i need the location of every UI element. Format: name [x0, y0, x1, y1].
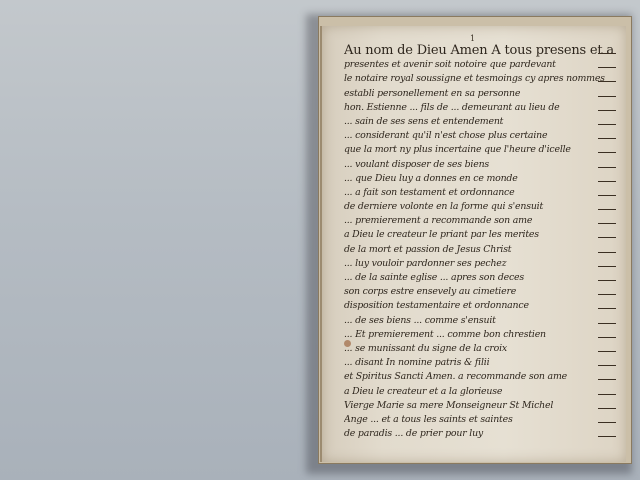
text-line: Vierge Marie sa mere Monseigneur St Mich…	[344, 399, 616, 413]
text-line: ... sain de ses sens et entendement	[344, 115, 616, 129]
text-line: ... a fait son testament et ordonnance	[344, 186, 616, 200]
text-line: ... se munissant du signe de la croix	[344, 342, 616, 356]
text-line: de la mort et passion de Jesus Christ	[344, 243, 616, 257]
text-line: a Dieu le createur et a la glorieuse	[344, 385, 616, 399]
text-line: que la mort ny plus incertaine que l'heu…	[344, 143, 616, 157]
text-line: de paradis ... de prier pour luy	[344, 427, 616, 441]
text-line: de derniere volonte en la forme qui s'en…	[344, 200, 616, 214]
text-line: hon. Estienne ... fils de ... demeurant …	[344, 101, 616, 115]
text-line: ... considerant qu'il n'est chose plus c…	[344, 129, 616, 143]
text-line: ... Et premierement ... comme bon chrest…	[344, 328, 616, 342]
text-line: ... que Dieu luy a donnes en ce monde	[344, 172, 616, 186]
text-line: presentes et avenir soit notoire que par…	[344, 58, 616, 72]
text-line: et Spiritus Sancti Amen. a recommande so…	[344, 370, 616, 384]
text-line: a Dieu le createur le priant par les mer…	[344, 228, 616, 242]
text-line: ... voulant disposer de ses biens	[344, 158, 616, 172]
text-line: ... disant In nomine patris & filii	[344, 356, 616, 370]
text-line: le notaire royal soussigne et tesmoings …	[344, 72, 616, 86]
text-line: establi personellement en sa personne	[344, 87, 616, 101]
text-line: ... de ses biens ... comme s'ensuit	[344, 314, 616, 328]
folio-number: 1	[470, 34, 475, 43]
text-line: ... de la sainte eglise ... apres son de…	[344, 271, 616, 285]
text-line: Ange ... et a tous les saints et saintes	[344, 413, 616, 427]
text-line: ... luy vouloir pardonner ses pechez	[344, 257, 616, 271]
text-line: ... premierement a recommande son ame	[344, 214, 616, 228]
ink-stain	[344, 340, 351, 347]
manuscript-page: 1 Au nom de Dieu Amen A tous presens et …	[320, 26, 626, 462]
text-line: son corps estre ensevely au cimetiere	[344, 285, 616, 299]
text-line: Au nom de Dieu Amen A tous presens et a …	[344, 44, 616, 58]
handwritten-text: Au nom de Dieu Amen A tous presens et a …	[344, 44, 616, 441]
text-line: disposition testamentaire et ordonnance	[344, 299, 616, 313]
